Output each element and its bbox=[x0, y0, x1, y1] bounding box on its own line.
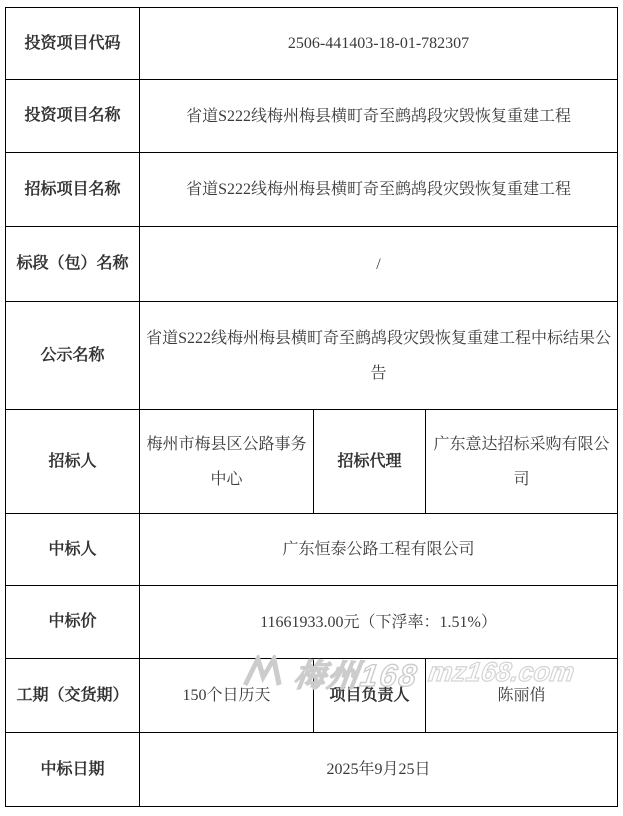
row-value-award-date: 2025年9月25日 bbox=[140, 733, 618, 807]
table-row-award-date: 中标日期 2025年9月25日 bbox=[6, 733, 618, 807]
row-value-winning-bidder: 广东恒泰公路工程有限公司 bbox=[140, 514, 618, 586]
bid-result-table: 投资项目代码 2506-441403-18-01-782307 投资项目名称 省… bbox=[5, 7, 618, 807]
table-row-tenderer-agency: 招标人 梅州市梅县区公路事务中心 招标代理 广东意达招标采购有限公司 bbox=[6, 410, 618, 514]
row-value-duration: 150个日历天 bbox=[140, 659, 314, 733]
table-row-tender-project-name: 招标项目名称 省道S222线梅州梅县横町奇至鹧鸪段灾毁恢复重建工程 bbox=[6, 153, 618, 227]
row-value-tender-agency: 广东意达招标采购有限公司 bbox=[426, 410, 618, 514]
row-value-project-manager: 陈丽俏 bbox=[426, 659, 618, 733]
table-row-project-code: 投资项目代码 2506-441403-18-01-782307 bbox=[6, 8, 618, 80]
row-label-winning-price: 中标价 bbox=[6, 586, 140, 659]
row-value-investment-project-name: 省道S222线梅州梅县横町奇至鹧鸪段灾毁恢复重建工程 bbox=[140, 80, 618, 153]
row-label-section-name: 标段（包）名称 bbox=[6, 227, 140, 302]
row-value-winning-price: 11661933.00元（下浮率：1.51%） bbox=[140, 586, 618, 659]
row-label-winning-bidder: 中标人 bbox=[6, 514, 140, 586]
table-row-duration-manager: 工期（交货期） 150个日历天 项目负责人 陈丽俏 bbox=[6, 659, 618, 733]
row-value-tender-project-name: 省道S222线梅州梅县横町奇至鹧鸪段灾毁恢复重建工程 bbox=[140, 153, 618, 227]
row-label-tender-agency: 招标代理 bbox=[314, 410, 426, 514]
row-label-duration: 工期（交货期） bbox=[6, 659, 140, 733]
row-value-section-name: / bbox=[140, 227, 618, 302]
table-row-announcement-name: 公示名称 省道S222线梅州梅县横町奇至鹧鸪段灾毁恢复重建工程中标结果公告 bbox=[6, 302, 618, 410]
table-row-section-name: 标段（包）名称 / bbox=[6, 227, 618, 302]
bid-result-announcement-page: 投资项目代码 2506-441403-18-01-782307 投资项目名称 省… bbox=[0, 0, 623, 816]
row-value-announcement-name: 省道S222线梅州梅县横町奇至鹧鸪段灾毁恢复重建工程中标结果公告 bbox=[140, 302, 618, 410]
row-label-announcement-name: 公示名称 bbox=[6, 302, 140, 410]
row-label-tenderer: 招标人 bbox=[6, 410, 140, 514]
row-label-award-date: 中标日期 bbox=[6, 733, 140, 807]
row-label-project-code: 投资项目代码 bbox=[6, 8, 140, 80]
table-row-winning-price: 中标价 11661933.00元（下浮率：1.51%） bbox=[6, 586, 618, 659]
row-label-tender-project-name: 招标项目名称 bbox=[6, 153, 140, 227]
row-value-tenderer: 梅州市梅县区公路事务中心 bbox=[140, 410, 314, 514]
table-row-winning-bidder: 中标人 广东恒泰公路工程有限公司 bbox=[6, 514, 618, 586]
row-value-project-code: 2506-441403-18-01-782307 bbox=[140, 8, 618, 80]
row-label-project-manager: 项目负责人 bbox=[314, 659, 426, 733]
table-row-investment-project-name: 投资项目名称 省道S222线梅州梅县横町奇至鹧鸪段灾毁恢复重建工程 bbox=[6, 80, 618, 153]
row-label-investment-project-name: 投资项目名称 bbox=[6, 80, 140, 153]
